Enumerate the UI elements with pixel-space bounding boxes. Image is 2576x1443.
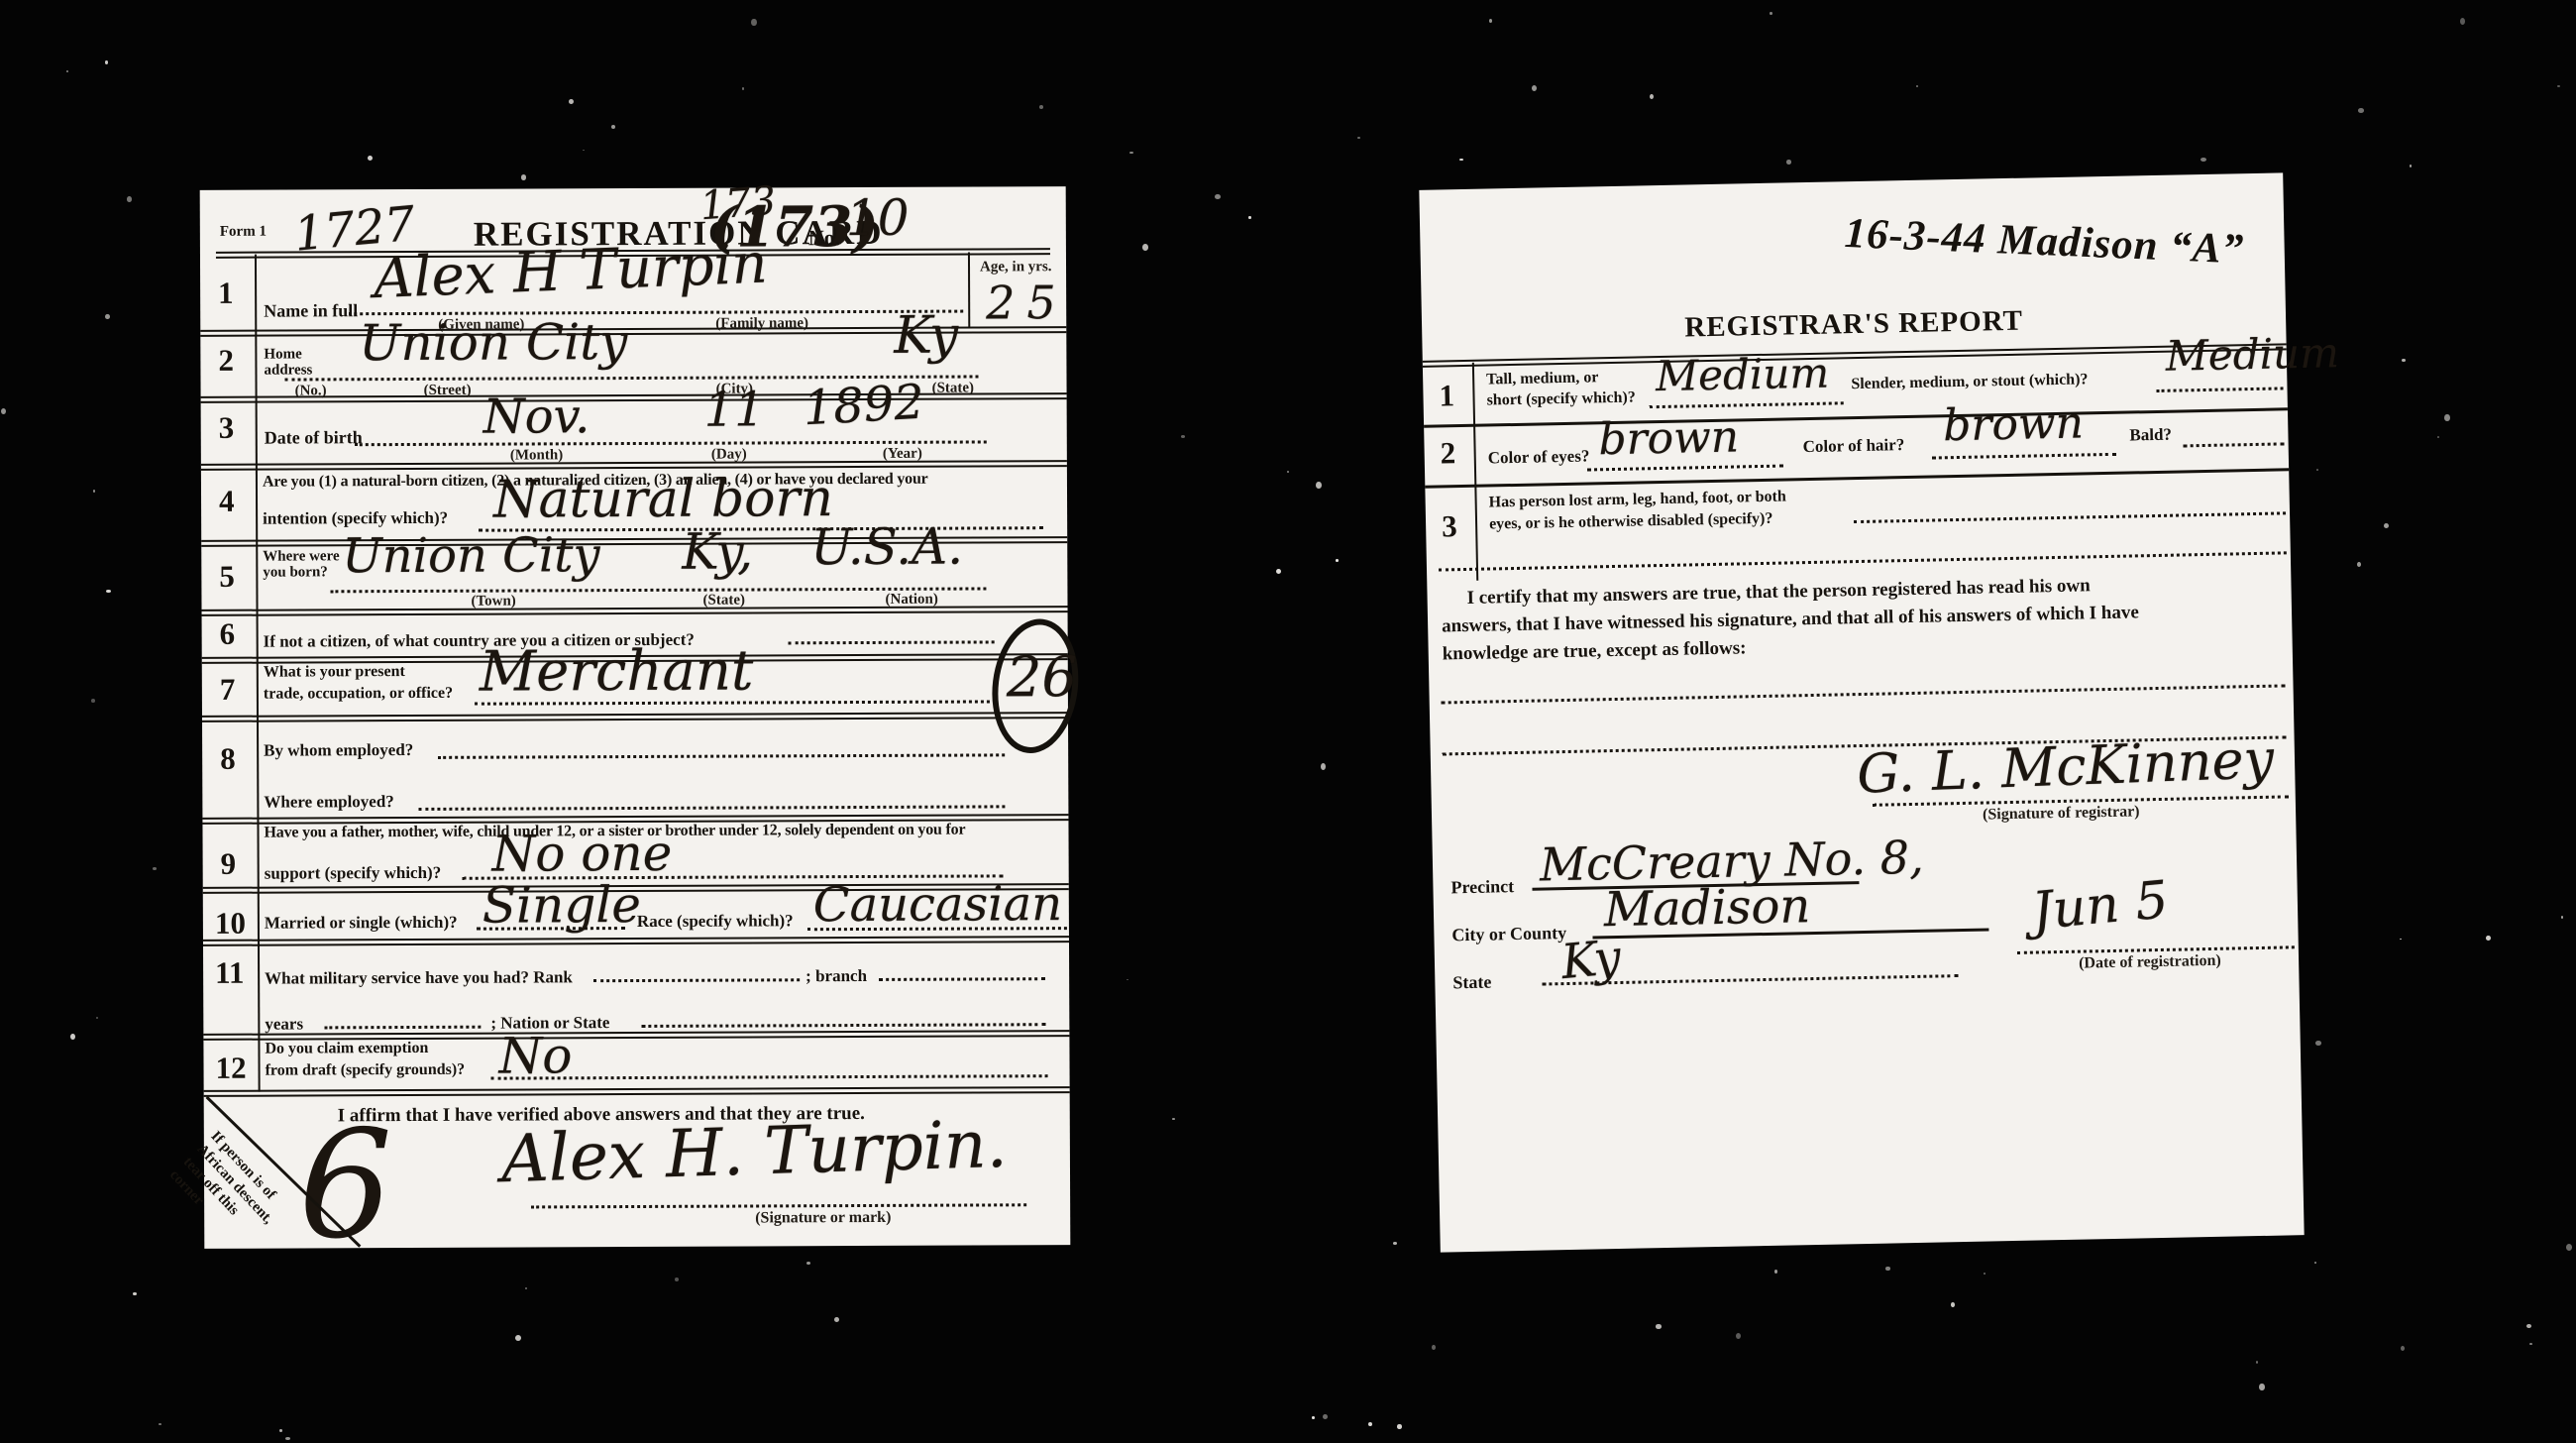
serial-26-handwritten: 26 bbox=[1007, 650, 1078, 706]
scan-noise-speck bbox=[1181, 435, 1185, 438]
scan-noise-speck bbox=[2486, 936, 2491, 941]
row3-label2: eyes, or is he otherwise disabled (speci… bbox=[1489, 510, 1773, 534]
eye-color-handwritten: brown bbox=[1598, 415, 1740, 462]
scan-noise-speck bbox=[2358, 108, 2364, 113]
home-state-handwritten: Ky bbox=[894, 310, 958, 362]
row5-label2: you born? bbox=[263, 564, 328, 582]
birth-year-handwritten: 1892 bbox=[802, 379, 925, 433]
row-rule bbox=[202, 606, 1068, 616]
row1-number: 1 bbox=[218, 277, 234, 308]
scan-noise-speck bbox=[1316, 482, 1322, 489]
scan-noise-speck bbox=[2357, 562, 2361, 567]
scan-noise-speck bbox=[93, 490, 95, 493]
day-sublabel: (Day) bbox=[711, 448, 747, 463]
row12-number: 12 bbox=[215, 1053, 246, 1083]
scan-noise-speck bbox=[2526, 1324, 2531, 1328]
signature-line bbox=[531, 1203, 1026, 1208]
scan-noise-speck bbox=[1248, 216, 1251, 219]
scan-noise-speck bbox=[1885, 1267, 1890, 1271]
birth-day-handwritten: 11 bbox=[704, 386, 765, 433]
dotted-line bbox=[593, 978, 800, 982]
scan-noise-speck bbox=[1774, 1270, 1777, 1274]
town-sublabel: (Town) bbox=[471, 595, 515, 610]
row3-number: 3 bbox=[1442, 510, 1457, 541]
scan-noise-speck bbox=[105, 60, 108, 64]
row10-label2: Race (specify which)? bbox=[637, 911, 794, 931]
scan-noise-speck bbox=[2314, 1262, 2316, 1264]
scan-noise-speck bbox=[2437, 436, 2439, 438]
scan-noise-speck bbox=[1127, 979, 1128, 980]
dotted-line bbox=[789, 640, 995, 644]
number-column-line bbox=[255, 255, 261, 1092]
precinct-label: Precinct bbox=[1450, 876, 1514, 898]
county-stamp: 16-3-44 Madison “A” bbox=[1844, 209, 2245, 275]
scan-noise-speck bbox=[1312, 1416, 1315, 1419]
scan-noise-speck bbox=[569, 99, 574, 104]
dotted-line bbox=[2184, 442, 2285, 447]
scan-noise-speck bbox=[583, 150, 585, 151]
scan-noise-speck bbox=[1215, 194, 1221, 199]
scan-noise-speck bbox=[2256, 1361, 2258, 1364]
row10-label1: Married or single (which)? bbox=[265, 913, 458, 933]
row-rule bbox=[201, 392, 1067, 403]
scan-noise-speck bbox=[2316, 469, 2318, 471]
row-rule bbox=[203, 936, 1069, 946]
scan-noise-speck bbox=[515, 1335, 521, 1341]
birth-month-handwritten: Nov. bbox=[483, 392, 590, 440]
row5-label1: Where were bbox=[263, 548, 339, 566]
scan-noise-speck bbox=[133, 1292, 137, 1295]
city-county-label: City or County bbox=[1451, 923, 1566, 945]
registration-card: Form 1 1727 173 REGISTRATION CARD (173) … bbox=[200, 186, 1071, 1249]
scan-noise-speck bbox=[1650, 94, 1654, 99]
row-rule bbox=[202, 712, 1068, 722]
row12-label2: from draft (specify grounds)? bbox=[266, 1061, 466, 1080]
scan-noise-speck bbox=[127, 196, 132, 202]
scan-noise-speck bbox=[2384, 523, 2389, 528]
row1-number: 1 bbox=[1439, 380, 1454, 410]
scan-noise-speck bbox=[1786, 160, 1791, 165]
race-handwritten: Caucasian bbox=[813, 880, 1062, 929]
scan-noise-speck bbox=[1336, 559, 1339, 562]
row2-label1: Home bbox=[264, 346, 301, 363]
dotted-line bbox=[477, 927, 625, 931]
name-handwritten: Alex H Turpin bbox=[373, 236, 768, 307]
scan-noise-speck bbox=[2557, 85, 2560, 87]
year-sublabel: (Year) bbox=[883, 447, 922, 462]
scanned-draft-card-page: { "left": { "form_label": "Form 1", "for… bbox=[0, 0, 2576, 1443]
dotted-line bbox=[1442, 684, 2286, 704]
scan-noise-speck bbox=[159, 1423, 161, 1425]
scan-noise-speck bbox=[751, 19, 757, 26]
scan-noise-speck bbox=[1, 408, 6, 414]
scan-noise-speck bbox=[2259, 1384, 2265, 1390]
scan-noise-speck bbox=[1129, 152, 1133, 154]
certification-line3: knowledge are true, except as follows: bbox=[1443, 637, 1747, 665]
row7-label2: trade, occupation, or office? bbox=[264, 685, 453, 704]
report-title: REGISTRAR'S REPORT bbox=[1422, 299, 2286, 349]
scan-noise-speck bbox=[525, 1287, 527, 1289]
citizenship-handwritten: Natural born bbox=[493, 473, 833, 525]
hair-color-handwritten: brown bbox=[1943, 401, 2085, 448]
home-city-handwritten: Union City bbox=[359, 317, 627, 368]
birthplace-state-handwritten: Ky, bbox=[682, 526, 753, 576]
scan-noise-speck bbox=[1459, 159, 1463, 161]
scan-noise-speck bbox=[2402, 359, 2406, 362]
registration-date-handwritten: Jun 5 bbox=[2030, 874, 2171, 938]
scan-noise-speck bbox=[742, 87, 744, 90]
scan-noise-speck bbox=[675, 1277, 679, 1281]
row11-label2: ; branch bbox=[805, 966, 867, 986]
scan-noise-speck bbox=[2529, 1343, 2532, 1345]
row10-number: 10 bbox=[215, 908, 246, 939]
dotted-line bbox=[1854, 511, 2286, 523]
exemption-handwritten: No bbox=[498, 1031, 572, 1080]
row8-label1: By whom employed? bbox=[264, 740, 413, 760]
number-column-line bbox=[1472, 363, 1478, 581]
row12-label1: Do you claim exemption bbox=[265, 1040, 428, 1058]
dependents-handwritten: No one bbox=[491, 829, 672, 879]
scan-noise-speck bbox=[1276, 569, 1281, 574]
dotted-line bbox=[2157, 387, 2284, 392]
dotted-line bbox=[1587, 465, 1783, 472]
scan-noise-speck bbox=[1039, 105, 1043, 109]
row11-label3: years bbox=[265, 1014, 303, 1034]
dotted-line bbox=[879, 977, 1045, 981]
scan-noise-speck bbox=[105, 314, 110, 319]
scan-noise-speck bbox=[1172, 1118, 1175, 1120]
scan-noise-speck bbox=[1323, 1414, 1328, 1419]
row-rule bbox=[203, 1030, 1069, 1041]
row1-label1: Tall, medium, or bbox=[1486, 369, 1599, 389]
scan-noise-speck bbox=[66, 70, 68, 72]
row4-number: 4 bbox=[219, 486, 235, 516]
dotted-line bbox=[491, 1074, 1048, 1079]
scan-noise-speck bbox=[521, 174, 526, 180]
scan-noise-speck bbox=[2561, 916, 2563, 919]
row2-label2: Color of hair? bbox=[1802, 435, 1904, 457]
occupation-handwritten: Merchant bbox=[480, 643, 754, 700]
row8-label2: Where employed? bbox=[264, 792, 394, 812]
scan-noise-speck bbox=[279, 1429, 282, 1432]
row11-number: 11 bbox=[215, 957, 244, 988]
nation-sublabel: (Nation) bbox=[885, 593, 937, 608]
scan-noise-speck bbox=[96, 1017, 98, 1019]
row2-label1: Color of eyes? bbox=[1488, 446, 1590, 468]
dotted-line bbox=[1650, 401, 1844, 408]
scan-noise-speck bbox=[2315, 1041, 2321, 1046]
scan-noise-speck bbox=[1656, 1324, 1662, 1329]
scan-noise-speck bbox=[153, 867, 157, 870]
form-label: Form 1 bbox=[220, 224, 267, 241]
big-pen-mark: 6 bbox=[298, 1111, 393, 1260]
scan-noise-speck bbox=[1287, 471, 1289, 473]
row6-number: 6 bbox=[220, 618, 236, 649]
row1-label2: short (specify which)? bbox=[1486, 389, 1636, 410]
row2-number: 2 bbox=[218, 345, 234, 376]
scan-noise-speck bbox=[106, 590, 111, 593]
row3-label1: Has person lost arm, leg, hand, foot, or… bbox=[1488, 488, 1785, 511]
registrars-report-card: 16-3-44 Madison “A” REGISTRAR'S REPORT 1… bbox=[1419, 172, 2304, 1252]
scan-noise-speck bbox=[1916, 85, 1918, 87]
row2-number: 2 bbox=[1440, 437, 1455, 468]
scan-noise-speck bbox=[1357, 137, 1360, 139]
age-box-line bbox=[968, 253, 970, 329]
no-label: No. bbox=[808, 225, 841, 250]
dotted-line bbox=[324, 1026, 481, 1030]
dotted-line bbox=[641, 1023, 1045, 1028]
corner-instruction: If person is of African descent, tear of… bbox=[164, 1128, 290, 1255]
row2-label3: Bald? bbox=[2129, 425, 2172, 445]
scan-noise-speck bbox=[285, 1437, 290, 1440]
row7-number: 7 bbox=[220, 674, 236, 705]
scan-noise-speck bbox=[2460, 18, 2465, 25]
birthplace-nation-handwritten: U.S.A. bbox=[810, 522, 963, 573]
row-rule bbox=[204, 1086, 1070, 1097]
row7-label1: What is your present bbox=[264, 663, 405, 682]
scan-noise-speck bbox=[1432, 1345, 1436, 1350]
dotted-line bbox=[438, 753, 1005, 758]
row3-number: 3 bbox=[219, 412, 235, 443]
registrar-signature-handwritten: G. L. McKinney bbox=[1856, 732, 2275, 802]
scan-noise-speck bbox=[834, 1317, 839, 1322]
scan-noise-speck bbox=[2200, 158, 2206, 162]
dotted-line bbox=[1439, 551, 2287, 571]
row1-label: Name in full bbox=[264, 300, 358, 321]
dotted-line bbox=[418, 805, 1005, 811]
scan-noise-speck bbox=[1770, 12, 1772, 15]
scan-noise-speck bbox=[1489, 19, 1492, 23]
marital-status-handwritten: Single bbox=[483, 880, 641, 931]
registrar-signature-caption: (Signature of registrar) bbox=[1983, 804, 2140, 823]
row2-label2: address bbox=[264, 362, 312, 379]
scan-noise-speck bbox=[2401, 1346, 2405, 1351]
age-value-handwritten: 25 bbox=[986, 279, 1068, 325]
scan-noise-speck bbox=[1142, 244, 1148, 251]
scan-noise-speck bbox=[2400, 939, 2402, 940]
state-handwritten: Ky bbox=[1559, 934, 1623, 986]
build-handwritten: Medium bbox=[2165, 332, 2339, 378]
birthplace-town-handwritten: Union City bbox=[342, 531, 599, 580]
scan-noise-speck bbox=[368, 156, 373, 161]
month-sublabel: (Month) bbox=[510, 448, 563, 463]
scan-noise-speck bbox=[2566, 1244, 2572, 1251]
row1-label3: Slender, medium, or stout (which)? bbox=[1851, 371, 2088, 393]
no-value-handwritten: 10 bbox=[846, 193, 910, 243]
scan-noise-speck bbox=[611, 125, 615, 129]
scan-noise-speck bbox=[1368, 1422, 1372, 1426]
state-label: State bbox=[1452, 972, 1491, 993]
row3-label: Date of birth bbox=[265, 427, 363, 448]
signature-caption: (Signature or mark) bbox=[755, 1210, 891, 1227]
scan-noise-speck bbox=[2444, 414, 2450, 421]
scan-noise-speck bbox=[1397, 1424, 1402, 1429]
age-label: Age, in yrs. bbox=[980, 260, 1052, 275]
scan-noise-speck bbox=[2410, 165, 2412, 167]
state-sublabel: (State) bbox=[702, 594, 745, 609]
date-caption: (Date of registration) bbox=[2079, 953, 2221, 972]
scan-noise-speck bbox=[1321, 763, 1326, 770]
scan-noise-speck bbox=[70, 1034, 75, 1040]
scan-noise-speck bbox=[1984, 1273, 1986, 1275]
row5-number: 5 bbox=[219, 561, 235, 592]
row8-number: 8 bbox=[220, 743, 236, 774]
registrant-signature-handwritten: Alex H. Turpin. bbox=[500, 1112, 1008, 1193]
city-county-handwritten: Madison bbox=[1603, 882, 1810, 934]
scan-noise-speck bbox=[91, 699, 95, 703]
scan-noise-speck bbox=[1393, 1242, 1397, 1245]
row-rule bbox=[1425, 468, 2289, 489]
row11-label1: What military service have you had? Rank bbox=[265, 967, 573, 988]
scan-noise-speck bbox=[1951, 1302, 1955, 1307]
scan-noise-speck bbox=[1532, 85, 1537, 91]
row9-number: 9 bbox=[221, 848, 237, 879]
dotted-line bbox=[1932, 453, 2116, 460]
row9-line2: support (specify which)? bbox=[265, 863, 442, 883]
height-handwritten: Medium bbox=[1656, 353, 1830, 398]
scan-noise-speck bbox=[806, 1262, 810, 1265]
row4-line2: intention (specify which)? bbox=[263, 508, 448, 528]
scan-noise-speck bbox=[1736, 1333, 1741, 1339]
